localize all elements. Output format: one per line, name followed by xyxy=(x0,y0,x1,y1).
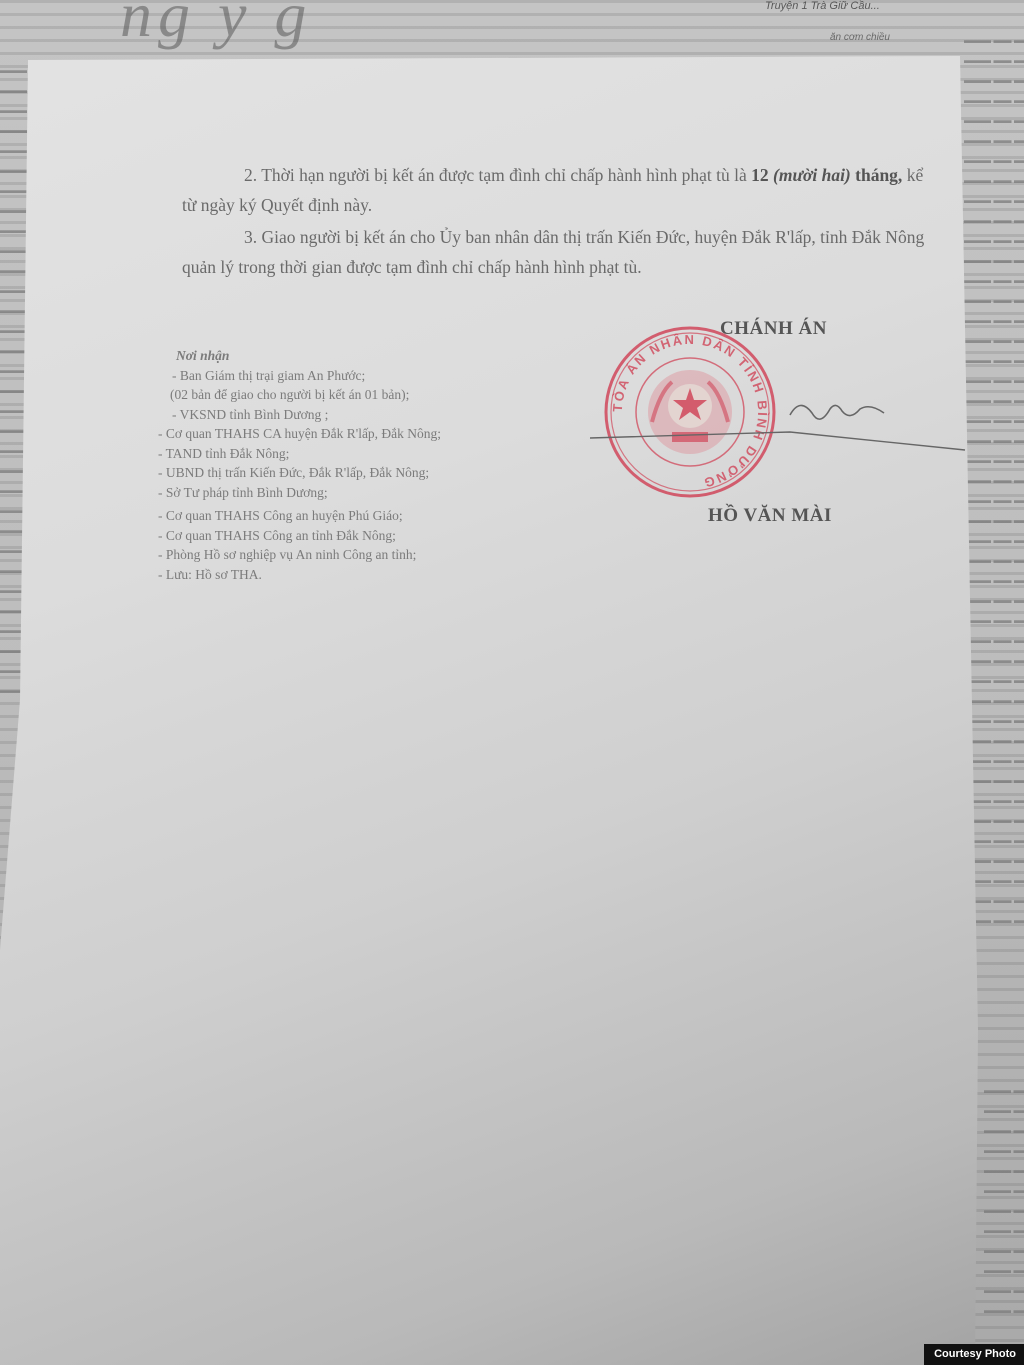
photo-credit: Courtesy Photo xyxy=(924,1344,1024,1365)
para2-duration-unit: tháng, xyxy=(855,165,902,185)
newspaper-column-right-bottom: ▬▬▬ ▬▬ ▬▬▬▬▬▬ ▬▬ ▬▬▬▬▬▬ ▬▬ ▬▬▬▬▬▬ ▬▬ ▬▬▬… xyxy=(984,1080,1024,1320)
signature-icon xyxy=(590,390,970,460)
newspaper-snippet: Truyện 1 Trà Giữ Cầu... xyxy=(765,0,880,12)
recipient-item: - Sở Tư pháp tỉnh Bình Dương; xyxy=(158,483,578,503)
recipients-title: Nơi nhận xyxy=(176,346,578,366)
recipient-item: (02 bản để giao cho người bị kết án 01 b… xyxy=(170,385,578,405)
para2-duration: 12 xyxy=(751,165,769,185)
newspaper-snippet: ăn cơm chiều xyxy=(830,32,890,43)
para3-number: 3. xyxy=(244,227,257,247)
paragraph-2: 2. Thời hạn người bị kết án được tạm đìn… xyxy=(182,160,932,220)
signer-name: HỒ VĂN MÀI xyxy=(708,505,832,527)
para2-duration-words: (mười hai) xyxy=(773,165,851,185)
recipient-item: - TAND tỉnh Đắk Nông; xyxy=(158,444,578,464)
para2-number: 2. xyxy=(244,165,257,185)
recipient-item: - Cơ quan THAHS Công an tỉnh Đắk Nông; xyxy=(158,526,578,546)
para3-text: Giao người bị kết án cho Ủy ban nhân dân… xyxy=(182,227,924,277)
recipient-item: - UBND thị trấn Kiến Đức, Đắk R'lấp, Đắk… xyxy=(158,463,578,483)
recipient-item: - Lưu: Hồ sơ THA. xyxy=(158,565,578,585)
paragraph-3: 3. Giao người bị kết án cho Ủy ban nhân … xyxy=(182,222,932,282)
newspaper-headline: ng y g xyxy=(120,0,312,52)
recipient-item: - Phòng Hồ sơ nghiệp vụ An ninh Công an … xyxy=(158,545,578,565)
recipient-item: - Cơ quan THAHS Công an huyện Phú Giáo; xyxy=(158,506,578,526)
recipients-list: Nơi nhận - Ban Giám thị trại giam An Phư… xyxy=(158,346,578,584)
recipient-item: - Ban Giám thị trại giam An Phước; xyxy=(172,366,578,386)
para2-text: Thời hạn người bị kết án được tạm đình c… xyxy=(261,165,747,185)
recipient-item: - Cơ quan THAHS CA huyện Đắk R'lấp, Đắk … xyxy=(158,424,578,444)
recipient-item: - VKSND tỉnh Bình Dương ; xyxy=(172,405,578,425)
